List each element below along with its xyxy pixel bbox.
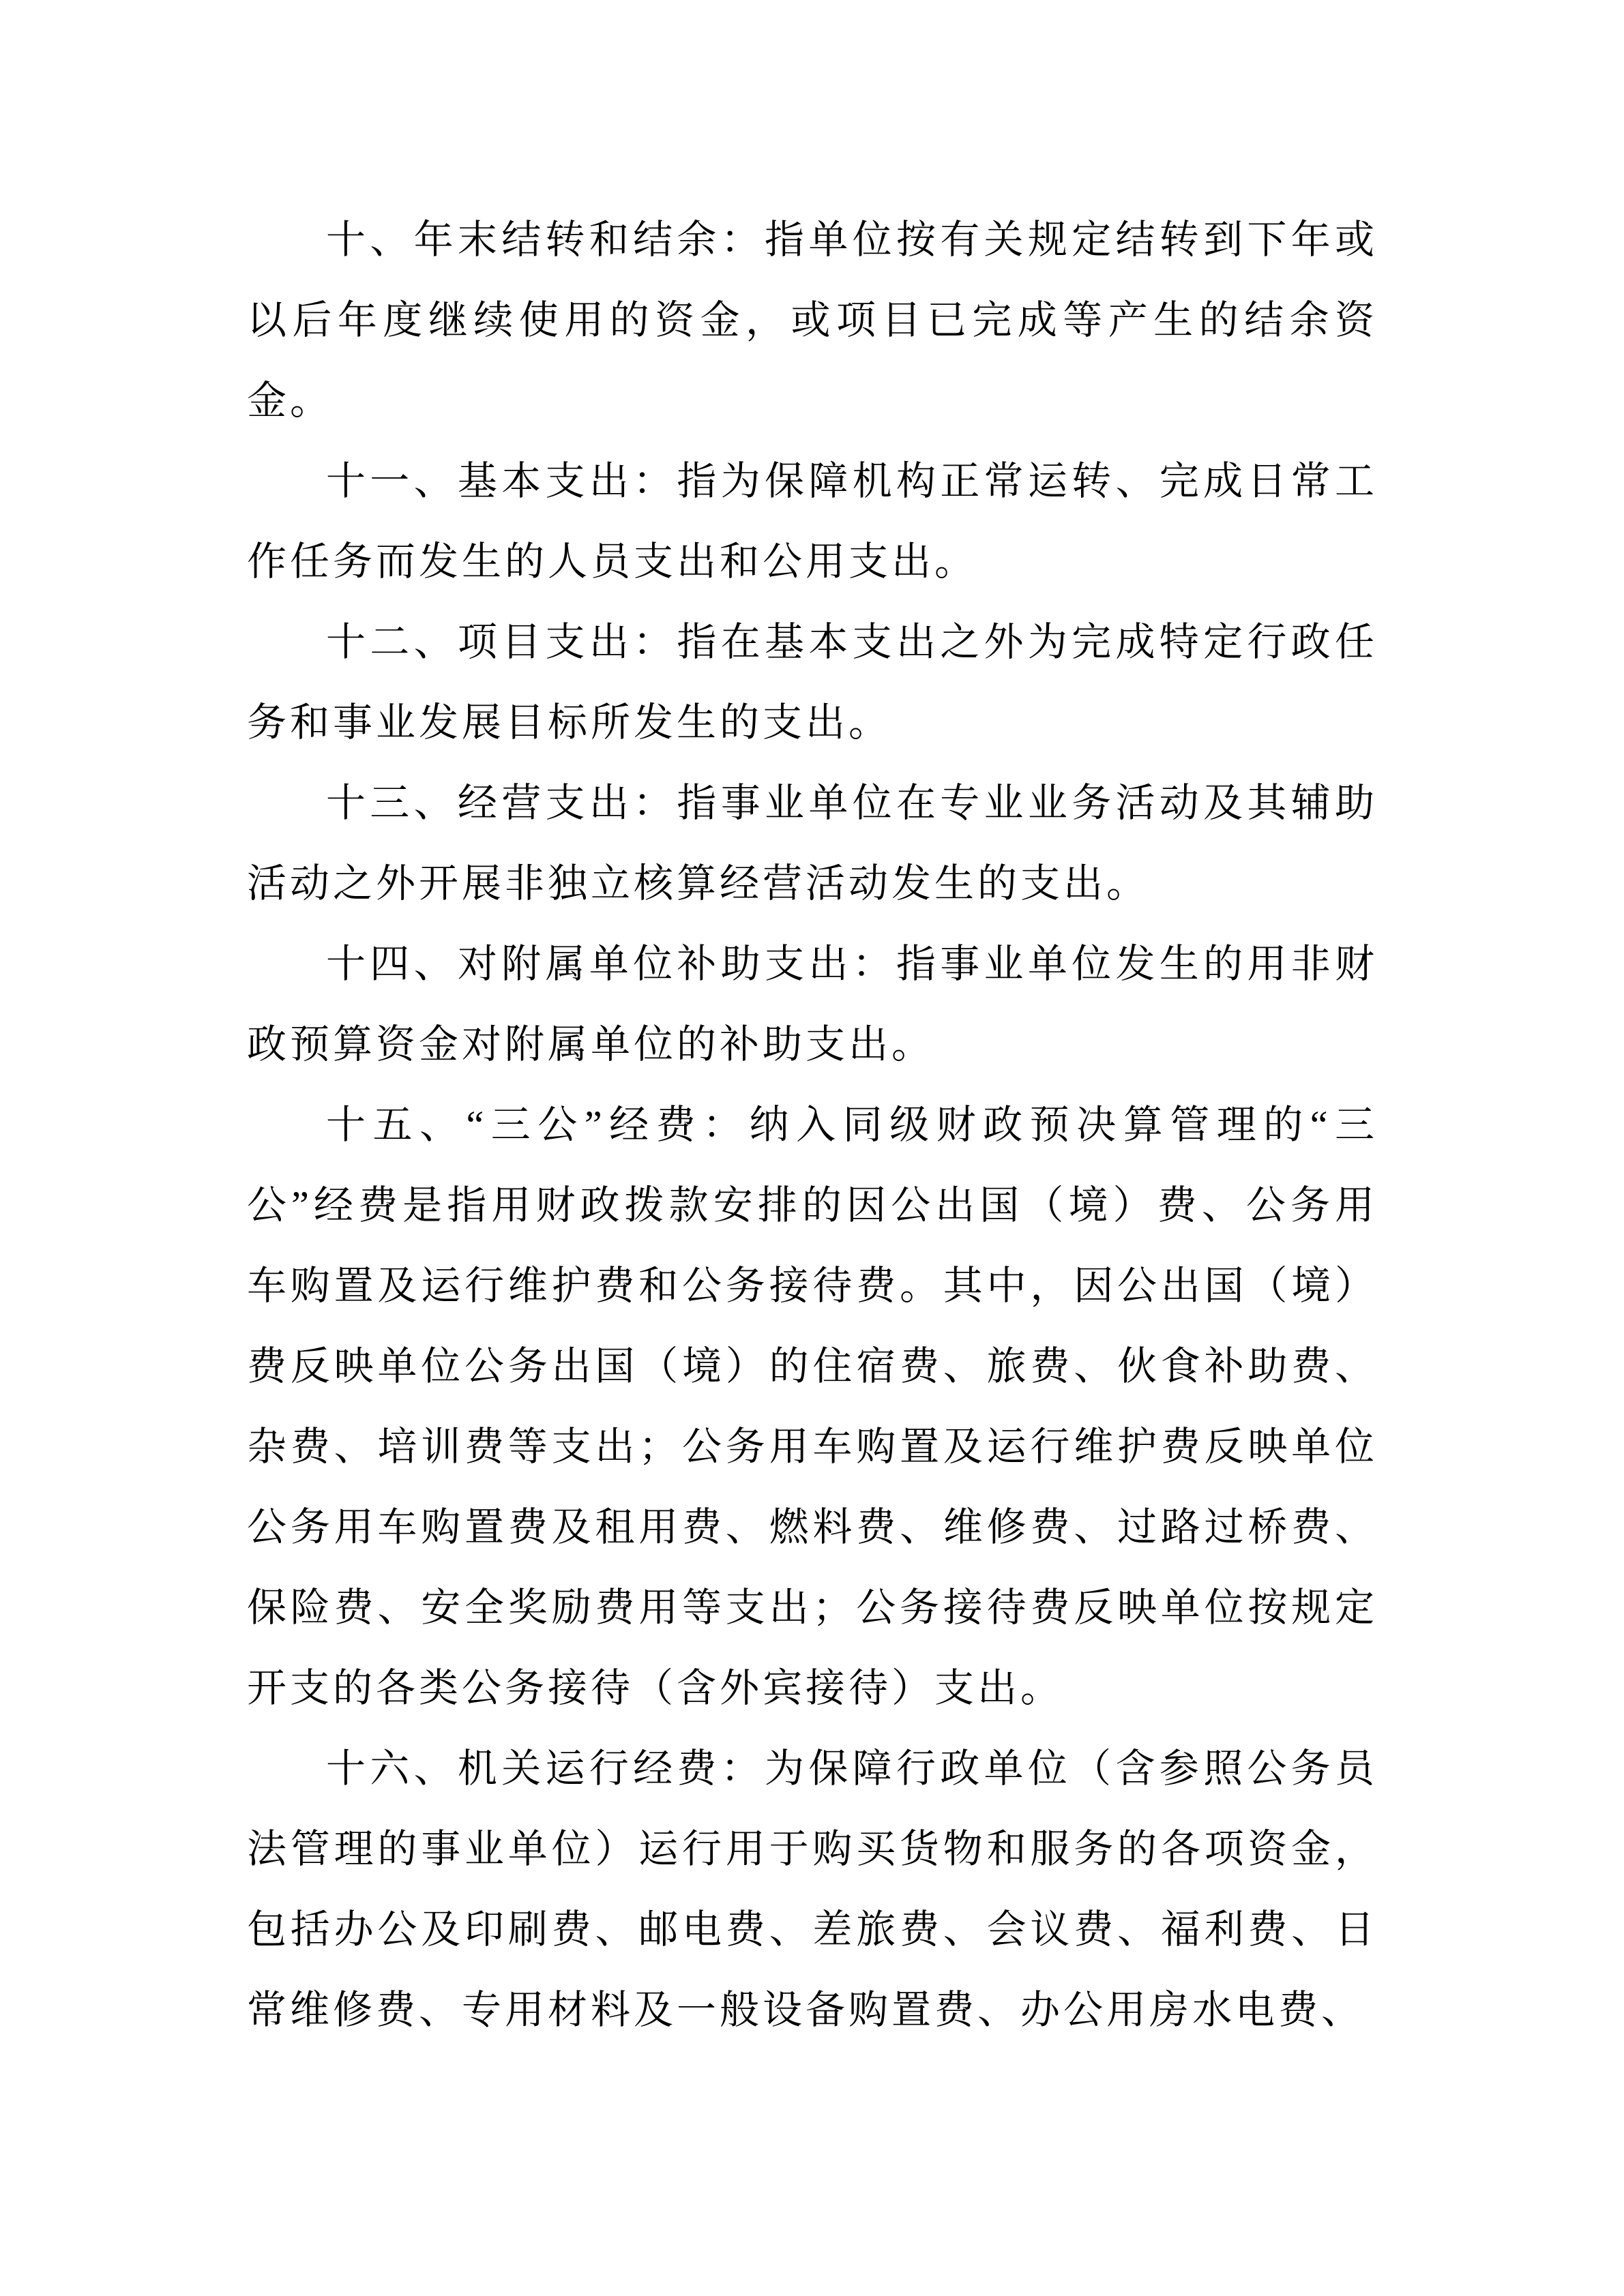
document-page: 十、年末结转和结余：指单位按有关规定结转到下年或以后年度继续使用的资金，或项目已… bbox=[0, 0, 1624, 2296]
paragraph: 十二、项目支出：指在基本支出之外为完成特定行政任务和事业发展目标所发生的支出。 bbox=[247, 602, 1378, 763]
document-body: 十、年末结转和结余：指单位按有关规定结转到下年或以后年度继续使用的资金，或项目已… bbox=[247, 200, 1378, 2051]
paragraph: 十六、机关运行经费：为保障行政单位（含参照公务员法管理的事业单位）运行用于购买货… bbox=[247, 1729, 1378, 2051]
paragraph: 十三、经营支出：指事业单位在专业业务活动及其辅助活动之外开展非独立核算经营活动发… bbox=[247, 763, 1378, 924]
paragraph: 十五、“三公”经费：纳入同级财政预决算管理的“三公”经费是指用财政拨款安排的因公… bbox=[247, 1085, 1378, 1729]
paragraph: 十四、对附属单位补助支出：指事业单位发生的用非财政预算资金对附属单位的补助支出。 bbox=[247, 924, 1378, 1085]
paragraph: 十一、基本支出：指为保障机构正常运转、完成日常工作任务而发生的人员支出和公用支出… bbox=[247, 441, 1378, 602]
paragraph: 十、年末结转和结余：指单位按有关规定结转到下年或以后年度继续使用的资金，或项目已… bbox=[247, 200, 1378, 441]
